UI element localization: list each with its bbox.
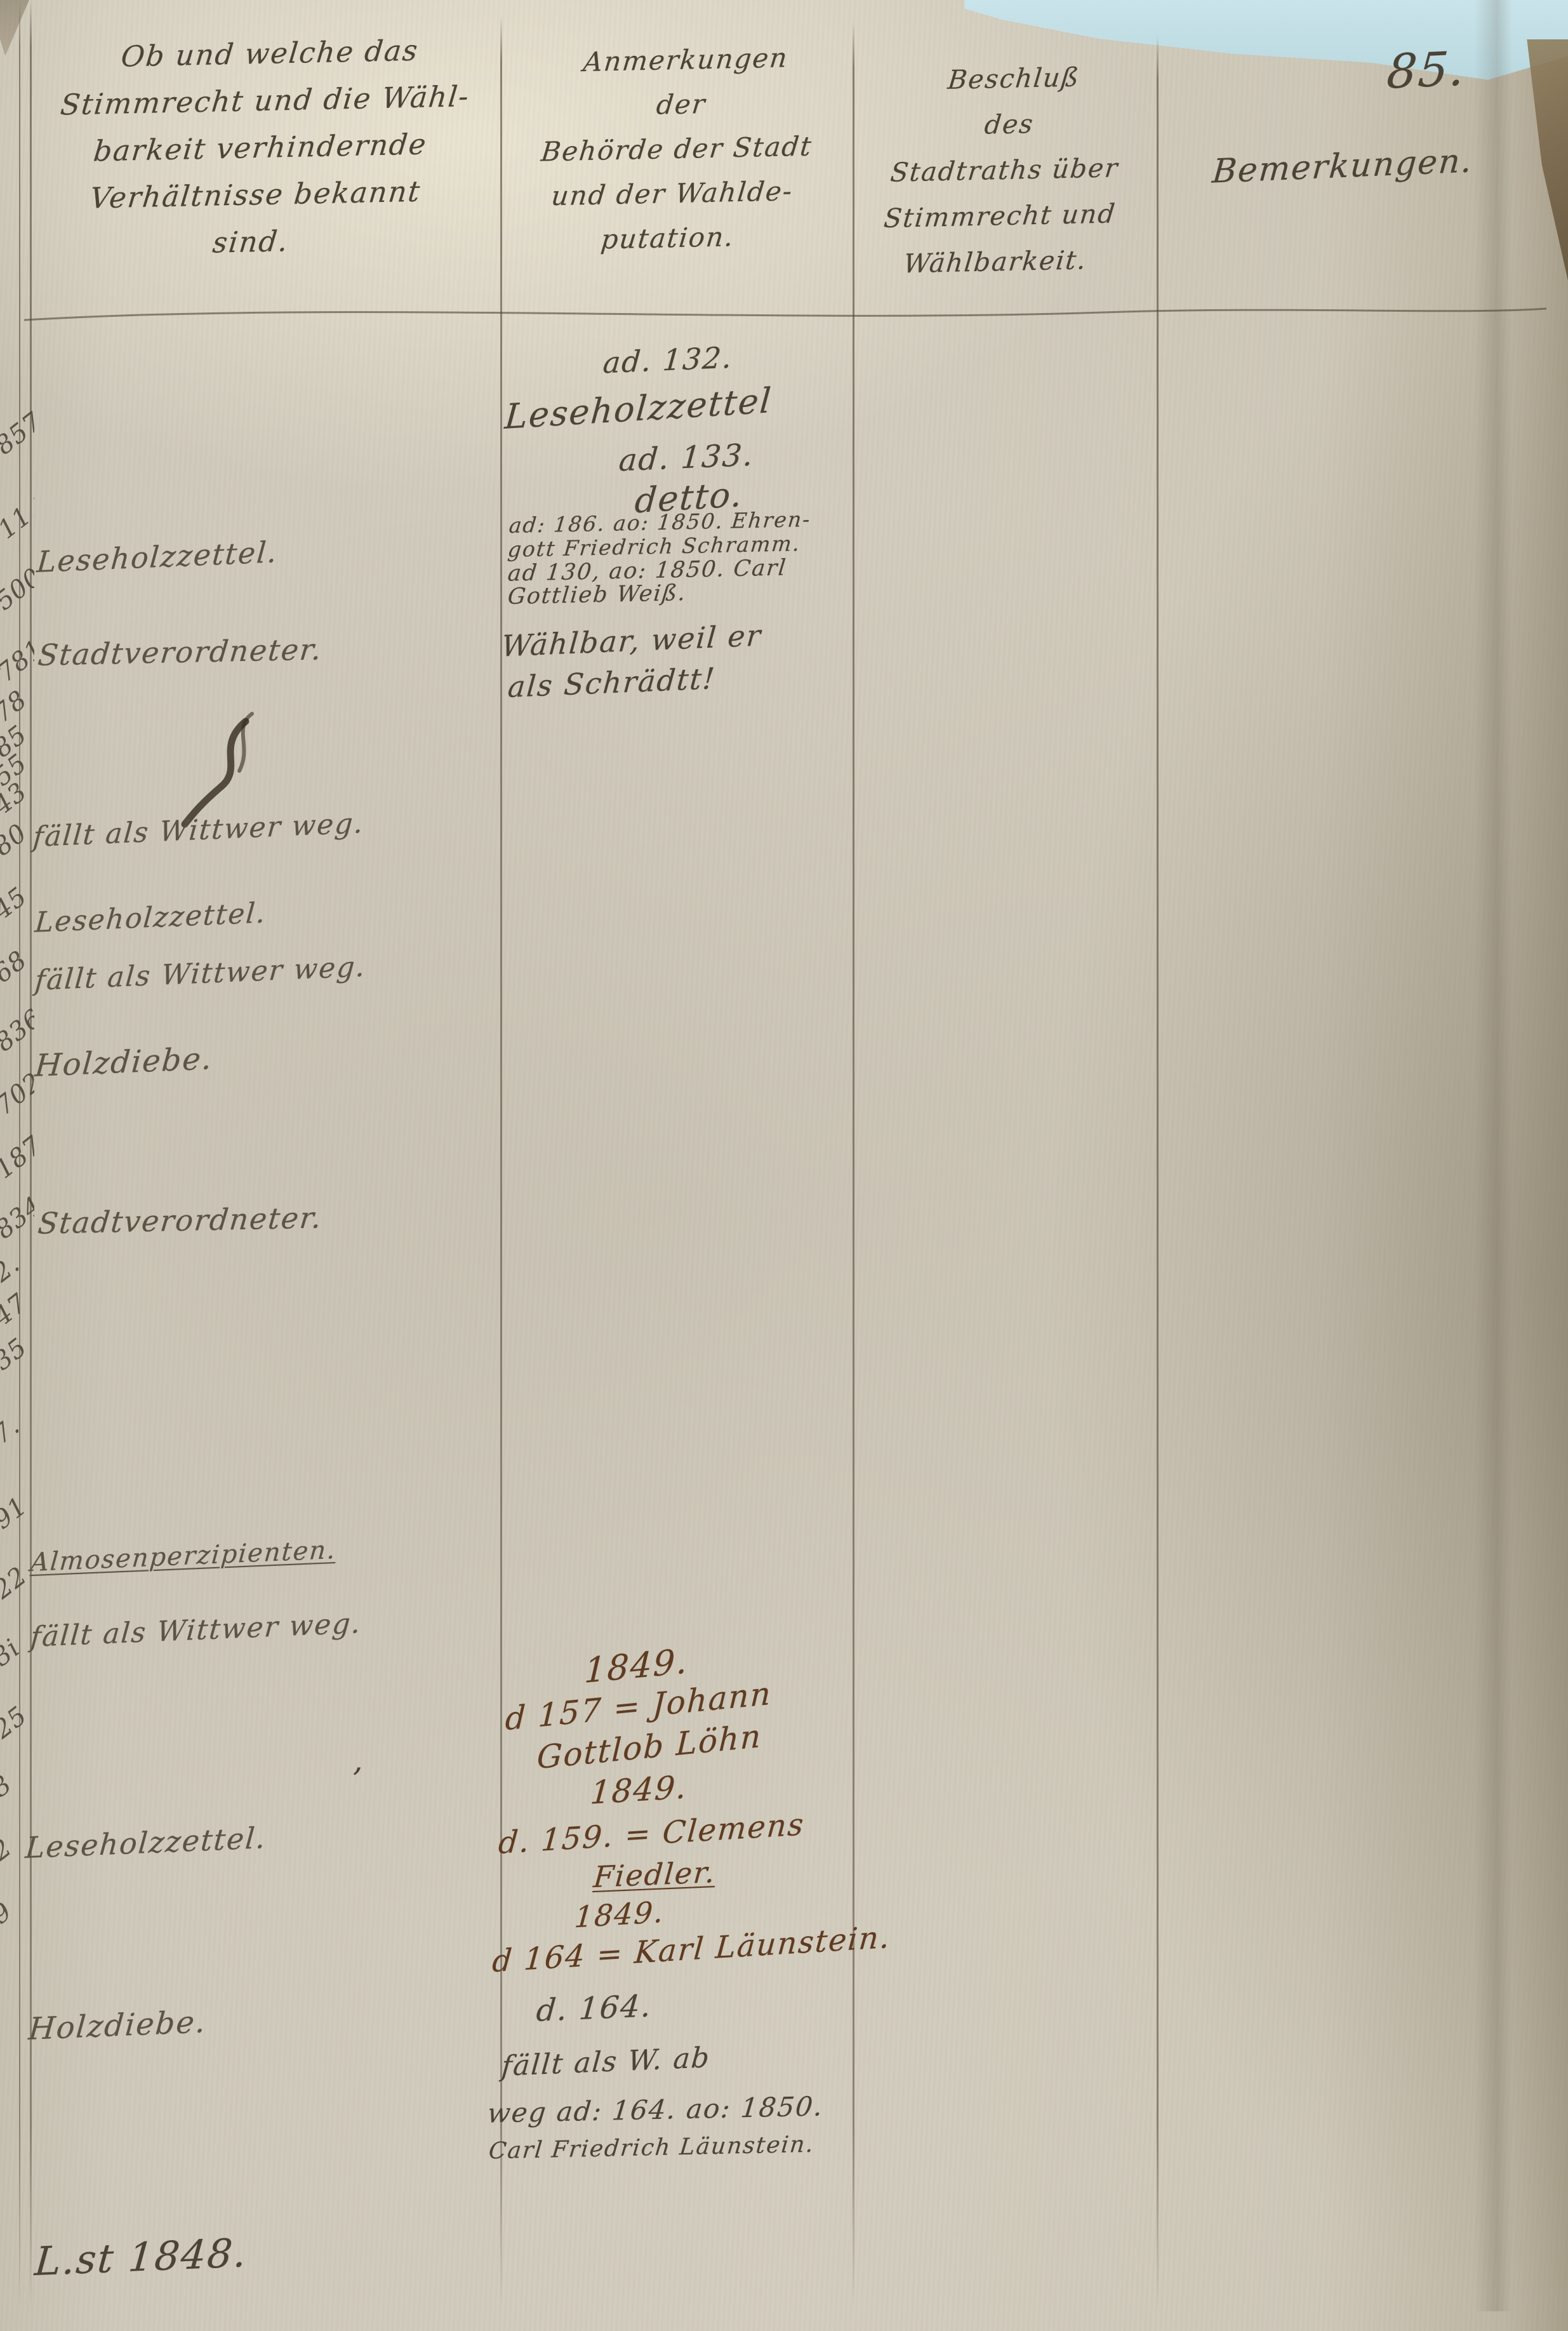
header-line: Stimmrecht und — [850, 190, 1150, 242]
header-line: der — [508, 79, 855, 130]
margin-number-fragment: 3 — [0, 1770, 18, 1803]
header-line: Behörde der Stadt — [503, 123, 850, 175]
margin-number-fragment: 187 — [0, 1130, 34, 1184]
header-line: Wählbarkeit. — [846, 236, 1145, 288]
margin-number-fragment: 702 — [0, 1067, 34, 1121]
page-fold-shading — [1474, 0, 1512, 2311]
margin-number-fragment: 857 — [0, 406, 34, 460]
margin-number-strip: 857 11.10 500 7815 78 85 55 43 80 45 68 … — [0, 0, 34, 2311]
header-line: sind. — [13, 214, 488, 271]
column-divider — [19, 0, 20, 2311]
header-line: Anmerkungen — [512, 34, 860, 86]
header-line: des — [860, 98, 1159, 150]
column-divider — [30, 0, 32, 2311]
scanned-ledger-page: 857 11.10 500 7815 78 85 55 43 80 45 68 … — [0, 0, 1568, 2331]
handwritten-entry: ad. 133. — [618, 437, 755, 478]
margin-number-fragment: 9 — [0, 1897, 18, 1930]
header-line: Stimmrecht und die Wähl- — [28, 72, 502, 130]
margin-number-fragment: 3i — [0, 1633, 25, 1672]
footer-note: L.st 1848. — [33, 2229, 249, 2285]
handwritten-entry: Holzdiebe. — [34, 1041, 215, 1084]
handwritten-entry: 1849. — [573, 1894, 666, 1934]
handwritten-entry: 1849. — [589, 1768, 689, 1812]
margin-number-fragment: 11.10 — [0, 475, 34, 545]
header-rule — [24, 293, 1546, 338]
stray-mark: , — [353, 1743, 364, 1779]
margin-number-fragment: 25 — [0, 1701, 32, 1745]
column-divider — [853, 22, 854, 2308]
margin-number-fragment: 836 — [0, 1003, 34, 1057]
handwritten-entry: d. 164. — [535, 1988, 653, 2029]
margin-number-fragment: 7. — [0, 1412, 25, 1450]
handwritten-entry: Stadtverordneter. — [36, 1200, 324, 1241]
column-header-1: Ob und welche das Stimmrecht und die Wäh… — [13, 25, 507, 271]
header-line: Stadtraths über — [854, 144, 1154, 196]
handwritten-entry: ad. 132. — [602, 340, 734, 380]
header-line: und der Wahlde- — [498, 168, 846, 219]
column-header-2: Anmerkungen der Behörde der Stadt und de… — [494, 34, 860, 264]
margin-number-fragment: 500 — [0, 562, 34, 616]
margin-number-fragment: 2 — [0, 1833, 18, 1867]
handwritten-entry: Gottlieb Weiß. — [507, 580, 688, 610]
page-number: 85. — [1385, 41, 1468, 100]
margin-number-fragment: 7815 — [0, 624, 34, 688]
margin-number-fragment: 35 — [0, 1333, 32, 1377]
handwritten-entry: Fiedler. — [592, 1855, 717, 1894]
margin-number-fragment: 45 — [0, 882, 32, 926]
handwritten-entry: Holzdiebe. — [27, 2004, 208, 2047]
margin-number-fragment: 68 — [0, 945, 32, 989]
paper-sheet — [0, 0, 1568, 2331]
header-line: putation. — [494, 213, 841, 264]
margin-number-fragment: 80 — [0, 818, 32, 862]
handwritten-entry: Stadtverordneter. — [36, 632, 324, 672]
margin-number-fragment: 834 — [0, 1191, 34, 1245]
column-header-3: Beschluß des Stadtraths über Stimmrecht … — [846, 53, 1164, 288]
margin-number-fragment: 2. — [0, 1250, 25, 1288]
margin-number-fragment: 47 — [0, 1288, 32, 1332]
header-line: Beschluß — [864, 53, 1164, 105]
margin-number-fragment: 43 — [0, 777, 32, 821]
column-divider — [1157, 35, 1159, 2308]
margin-number-fragment: 22 — [0, 1561, 32, 1605]
margin-number-fragment: 91 — [0, 1492, 32, 1535]
